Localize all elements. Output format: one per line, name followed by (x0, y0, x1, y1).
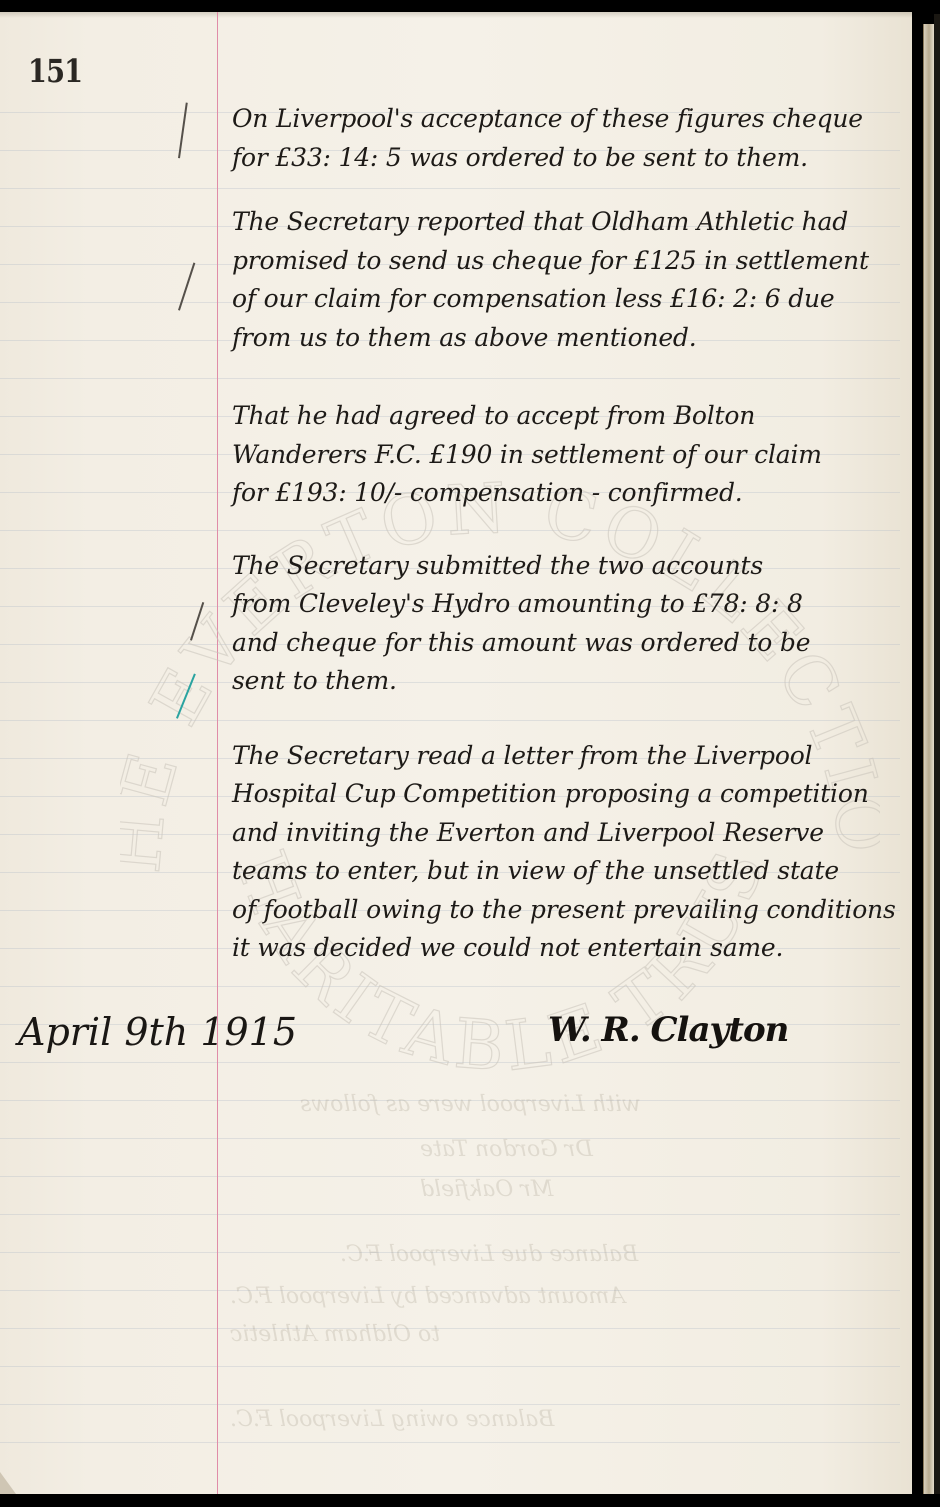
page-top-shadow (0, 12, 912, 18)
ruled-line (0, 1214, 900, 1215)
ruled-line (0, 1442, 900, 1443)
minute-entry-oldham-athletic: The Secretary reported that Oldham Athle… (232, 203, 892, 357)
page-number: 151 (28, 52, 82, 90)
ruled-line (0, 1366, 900, 1367)
minute-line: teams to enter, but in view of the unset… (232, 852, 892, 891)
bleed-through-text: Balance owing Liverpool F.C. (230, 1407, 554, 1432)
minute-line: On Liverpool's acceptance of these figur… (232, 100, 892, 139)
minute-entry-hospital-cup: The Secretary read a letter from the Liv… (232, 737, 892, 968)
bleed-through-text: Mr Oakfield (420, 1177, 553, 1202)
ruled-line (0, 1328, 900, 1329)
bleed-through-text: to Oldham Athletic (230, 1322, 440, 1347)
minute-line: Wanderers F.C. £190 in settlement of our… (232, 436, 892, 475)
minute-line: The Secretary reported that Oldham Athle… (232, 203, 892, 242)
minute-line: from Cleveley's Hydro amounting to £78: … (232, 585, 892, 624)
minutes-date: April 9th 1915 (18, 1010, 297, 1054)
minute-line: from us to them as above mentioned. (232, 319, 892, 358)
minute-line: The Secretary read a letter from the Liv… (232, 737, 892, 776)
book-edge-shadow (934, 14, 940, 1494)
ruled-line (0, 1062, 900, 1063)
minute-entry-liverpool-cheque: On Liverpool's acceptance of these figur… (232, 100, 892, 177)
minute-line: The Secretary submitted the two accounts (232, 547, 892, 586)
book-spine-edge (923, 24, 934, 1494)
minute-line: for £33: 14: 5 was ordered to be sent to… (232, 139, 892, 178)
ruled-line (0, 1404, 900, 1405)
bleed-through-text: Amount advanced by Liverpool F.C. (230, 1284, 625, 1309)
pencil-check-mark-icon (190, 602, 204, 641)
minute-line: Hospital Cup Competition proposing a com… (232, 775, 892, 814)
minute-line: of football owing to the present prevail… (232, 891, 892, 930)
minute-entry-cleveleys-hydro: The Secretary submitted the two accounts… (232, 547, 892, 701)
margin-rule (217, 12, 218, 1494)
minute-line: and cheque for this amount was ordered t… (232, 624, 892, 663)
teal-check-mark-icon (176, 673, 196, 718)
minute-line: of our claim for compensation less £16: … (232, 280, 892, 319)
minute-line: That he had agreed to accept from Bolton (232, 397, 892, 436)
bleed-through-text: with Liverpool were as follows (300, 1092, 641, 1117)
ledger-page: with Liverpool were as follows Dr Gordon… (0, 12, 912, 1494)
minute-line: and inviting the Everton and Liverpool R… (232, 814, 892, 853)
chairman-signature: W. R. Clayton (548, 1010, 788, 1050)
minute-line: for £193: 10/- compensation - confirmed. (232, 474, 892, 513)
minute-line: it was decided we could not entertain sa… (232, 929, 892, 968)
minutes-body: On Liverpool's acceptance of these figur… (232, 100, 892, 994)
pencil-check-mark-icon (178, 262, 195, 310)
minute-line: sent to them. (232, 662, 892, 701)
bleed-through-text: Balance due Liverpool F.C. (340, 1242, 638, 1267)
bleed-through-text: Dr Gordon Tate (420, 1137, 593, 1162)
minute-entry-bolton-wanderers: That he had agreed to accept from Bolton… (232, 397, 892, 513)
page-corner-fold (0, 1472, 16, 1494)
minute-line: promised to send us cheque for £125 in s… (232, 242, 892, 281)
